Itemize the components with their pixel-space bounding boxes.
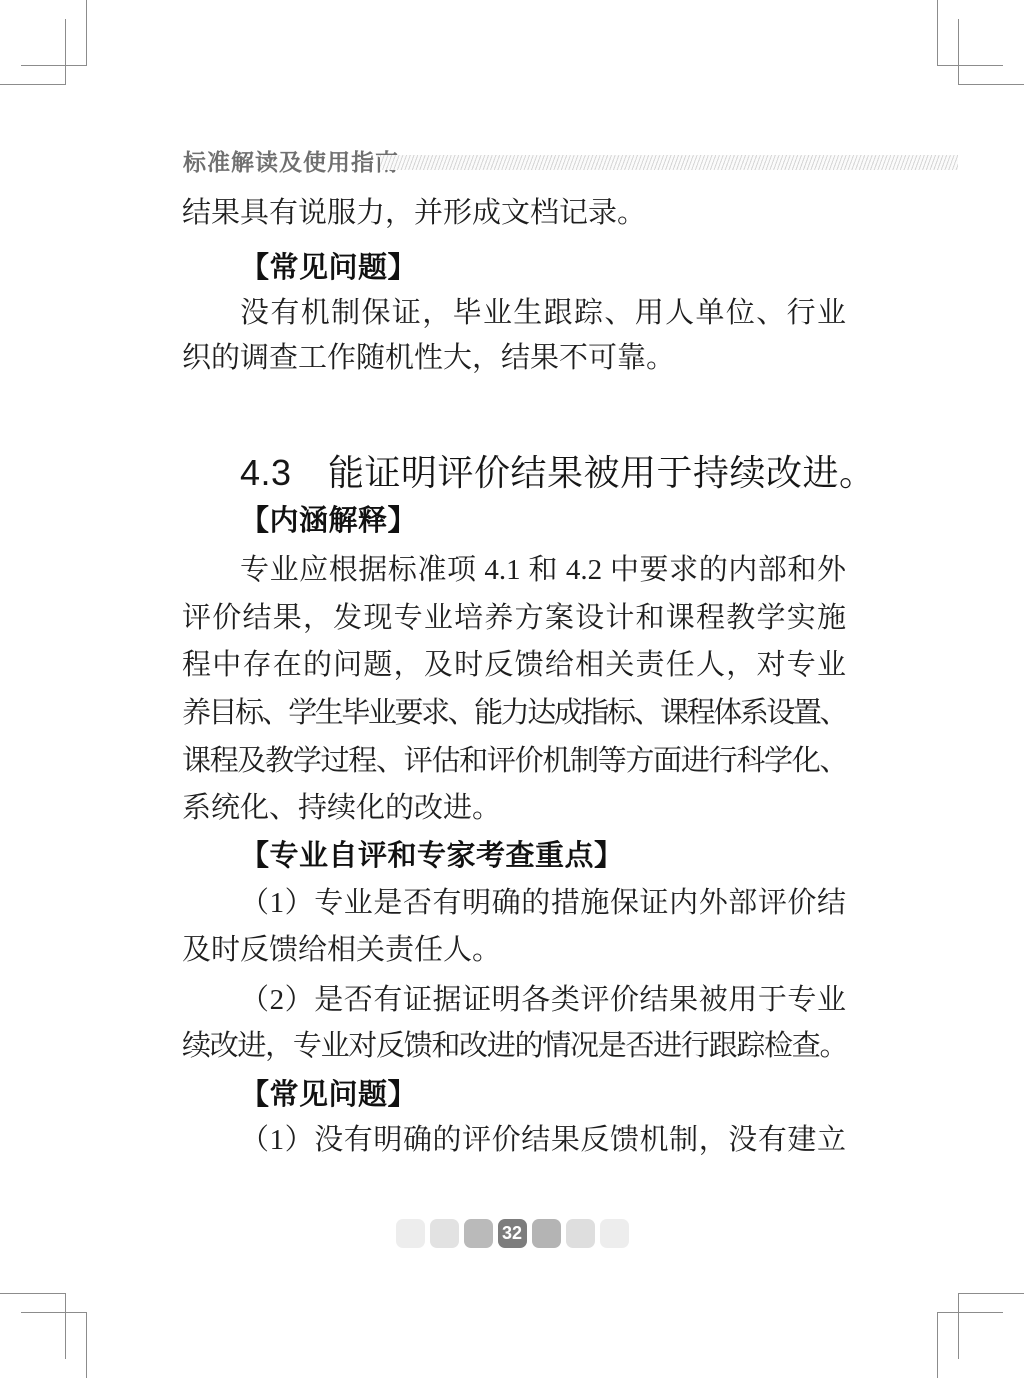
pager-square — [430, 1219, 459, 1248]
body-line: 没有机制保证，毕业生跟踪、用人单位、行业组 — [182, 290, 846, 338]
crop-mark-top-right-inner — [958, 19, 1024, 85]
body-line: 养目标、学生毕业要求、能力达成指标、课程体系设置、 — [182, 690, 846, 736]
page-number: 32 — [502, 1223, 522, 1244]
pager-square — [600, 1219, 629, 1248]
body-line: 程中存在的问题，及时反馈给相关责任人，对专业培 — [182, 642, 846, 690]
subsection-label: 【常见问题】 — [182, 1072, 846, 1118]
body-line: 织的调查工作随机性大，结果不可靠。 — [182, 335, 846, 381]
subsection-label: 【内涵解释】 — [182, 498, 846, 544]
body-line: 评价结果，发现专业培养方案设计和课程教学实施过 — [182, 595, 846, 643]
section-heading: 4.3 能证明评价结果被用于持续改进。 — [240, 450, 876, 496]
pager-square — [566, 1219, 595, 1248]
body-line: 续改进，专业对反馈和改进的情况是否进行跟踪检查。 — [182, 1023, 846, 1069]
pager-square — [464, 1219, 493, 1248]
body-line: 专业应根据标准项 4.1 和 4.2 中要求的内部和外部 — [182, 547, 846, 595]
crop-mark-bottom-left-inner — [0, 1293, 66, 1359]
body-line: （2）是否有证据证明各类评价结果被用于专业持 — [182, 977, 846, 1025]
pager-square-active: 32 — [498, 1219, 527, 1248]
body-line: 系统化、持续化的改进。 — [182, 785, 846, 831]
body-line: 结果具有说服力，并形成文档记录。 — [182, 190, 846, 236]
body-line: （1）专业是否有明确的措施保证内外部评价结果 — [182, 880, 846, 928]
crop-mark-bottom-right-inner — [958, 1293, 1024, 1359]
crop-mark-top-left-inner — [0, 19, 66, 85]
pager-square — [396, 1219, 425, 1248]
subsection-label: 【专业自评和专家考查重点】 — [182, 833, 846, 879]
body-line: 课程及教学过程、评估和评价机制等方面进行科学化、 — [182, 738, 846, 784]
text-column: 结果具有说服力，并形成文档记录。 【常见问题】 没有机制保证，毕业生跟踪、用人单… — [182, 0, 846, 1378]
body-line: 及时反馈给相关责任人。 — [182, 927, 846, 973]
subsection-label: 【常见问题】 — [182, 245, 846, 291]
body-line: （1）没有明确的评价结果反馈机制，没有建立稳 — [182, 1117, 846, 1165]
pager-square — [532, 1219, 561, 1248]
book-page: 标准解读及使用指南 结果具有说服力，并形成文档记录。 【常见问题】 没有机制保证… — [0, 0, 1024, 1378]
pager: 32 — [0, 1219, 1024, 1248]
